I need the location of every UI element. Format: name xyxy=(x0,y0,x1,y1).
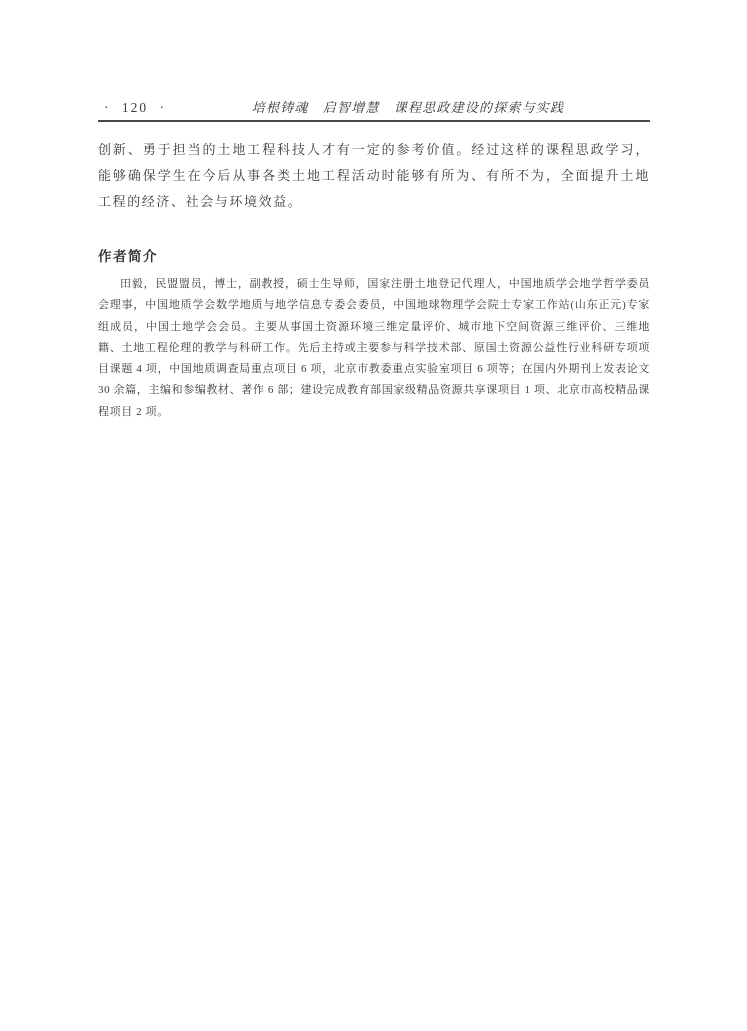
page-header: · 120 · 培根铸魂 启智增慧 课程思政建设的探索与实践 xyxy=(98,97,650,112)
author-section-heading: 作者简介 xyxy=(98,245,650,265)
page-number: · 120 · xyxy=(98,100,166,116)
closing-paragraph: 创新、勇于担当的土地工程科技人才有一定的参考价值。经过这样的课程思政学习，能够确… xyxy=(98,137,650,215)
page-content: · 120 · 培根铸魂 启智增慧 课程思政建设的探索与实践 创新、勇于担当的土… xyxy=(98,97,650,423)
running-title: 培根铸魂 启智增慧 课程思政建设的探索与实践 xyxy=(166,97,650,116)
header-divider xyxy=(98,120,650,122)
book-page: · 120 · 培根铸魂 启智增慧 课程思政建设的探索与实践 创新、勇于担当的土… xyxy=(0,0,747,1031)
author-bio-paragraph: 田毅，民盟盟员，博士，副教授，硕士生导师，国家注册土地登记代理人，中国地质学会地… xyxy=(98,274,650,423)
